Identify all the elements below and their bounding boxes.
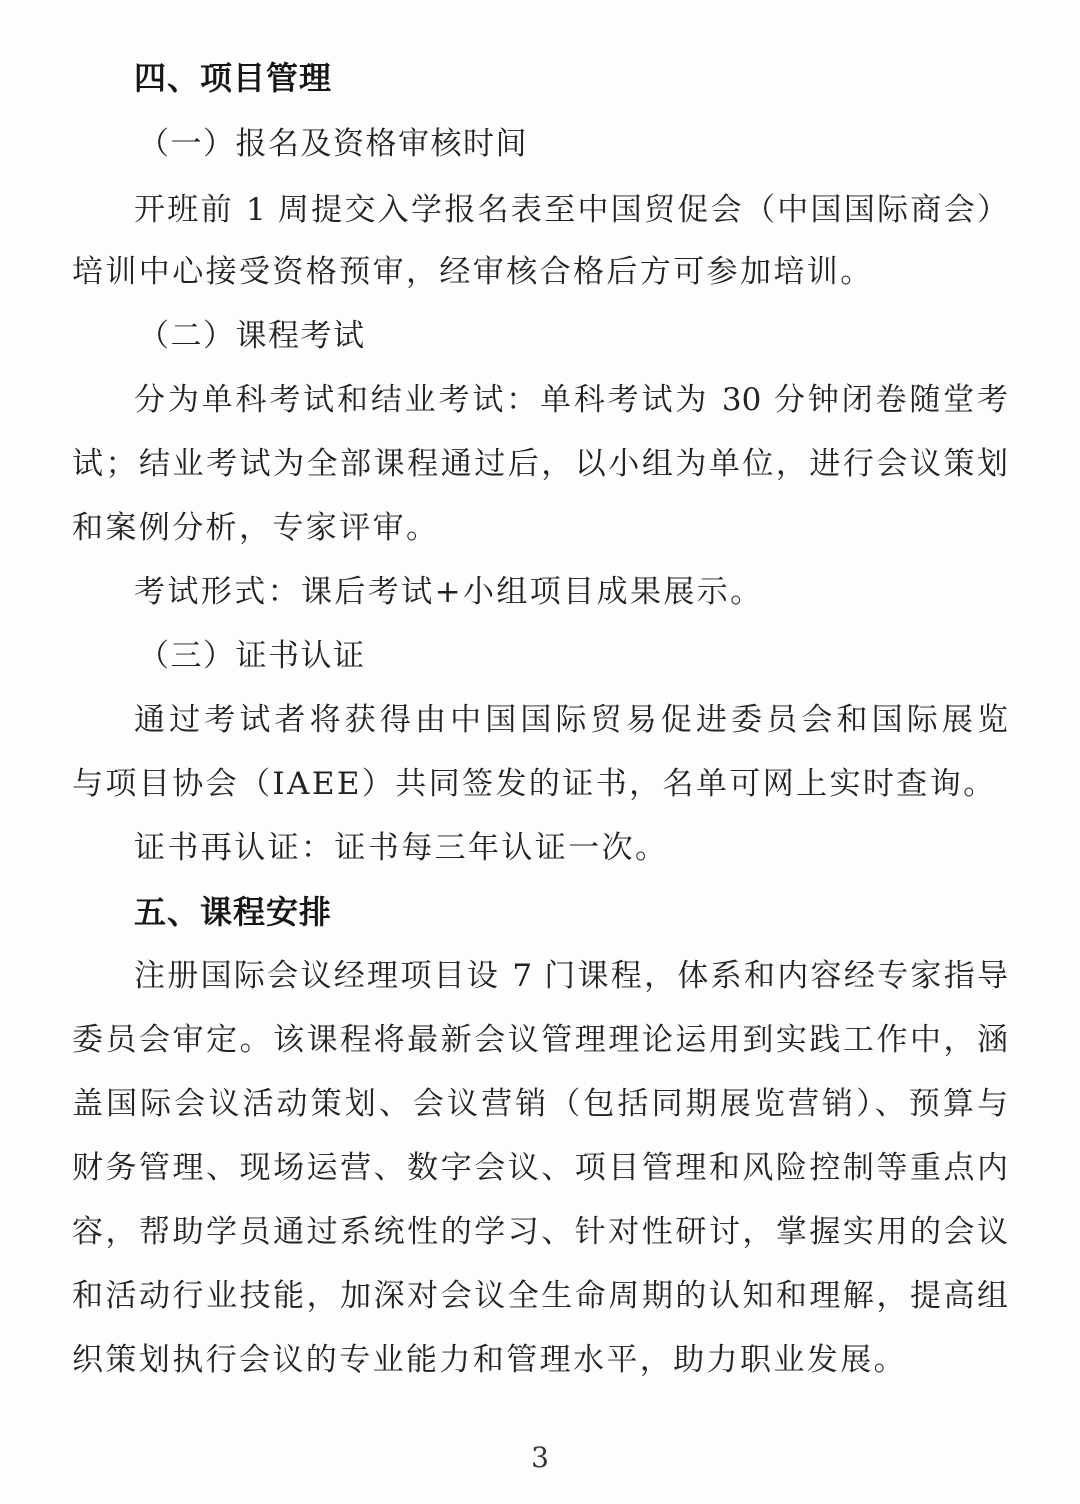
paragraph-line: 和活动行业技能，加深对会议全生命周期的认知和理解，提高组 xyxy=(72,1276,1008,1316)
document-page: 四、项目管理 （一）报名及资格审核时间 开班前 1 周提交入学报名表至中国贸促会… xyxy=(0,0,1080,1504)
paragraph-line: 织策划执行会议的专业能力和管理水平，助力职业发展。 xyxy=(72,1340,1008,1380)
paragraph-line: 开班前 1 周提交入学报名表至中国贸促会（中国国际商会） xyxy=(134,190,1008,230)
paragraph-line: 容，帮助学员通过系统性的学习、针对性研讨，掌握实用的会议 xyxy=(72,1212,1008,1252)
paragraph-line: 盖国际会议活动策划、会议营销（包括同期展览营销）、预算与 xyxy=(72,1084,1008,1124)
paragraph-line: 注册国际会议经理项目设 7 门课程，体系和内容经专家指导 xyxy=(134,956,1008,996)
subsection-title-exams: （二）课程考试 xyxy=(138,316,1074,356)
section-heading-course-arrangement: 五、课程安排 xyxy=(134,892,1070,932)
paragraph-line: 证书再认证：证书每三年认证一次。 xyxy=(134,828,1008,868)
subsection-title-certification: （三）证书认证 xyxy=(138,636,1074,676)
paragraph-line: 财务管理、现场运营、数字会议、项目管理和风险控制等重点内 xyxy=(72,1148,1008,1188)
paragraph-line: 和案例分析，专家评审。 xyxy=(72,508,1008,548)
paragraph-line: 培训中心接受资格预审，经审核合格后方可参加培训。 xyxy=(72,252,1008,292)
paragraph-line: 委员会审定。该课程将最新会议管理理论运用到实践工作中，涵 xyxy=(72,1020,1008,1060)
paragraph-line: 通过考试者将获得由中国国际贸易促进委员会和国际展览 xyxy=(134,700,1008,740)
paragraph-line: 考试形式：课后考试+小组项目成果展示。 xyxy=(134,572,1008,612)
paragraph-line: 分为单科考试和结业考试：单科考试为 30 分钟闭卷随堂考 xyxy=(134,380,1008,420)
section-heading-project-management: 四、项目管理 xyxy=(134,58,1070,98)
subsection-title-registration: （一）报名及资格审核时间 xyxy=(138,124,1074,164)
page-number: 3 xyxy=(0,1440,1080,1476)
paragraph-line: 与项目协会（IAEE）共同签发的证书，名单可网上实时查询。 xyxy=(72,764,1008,804)
paragraph-line: 试；结业考试为全部课程通过后，以小组为单位，进行会议策划 xyxy=(72,444,1008,484)
